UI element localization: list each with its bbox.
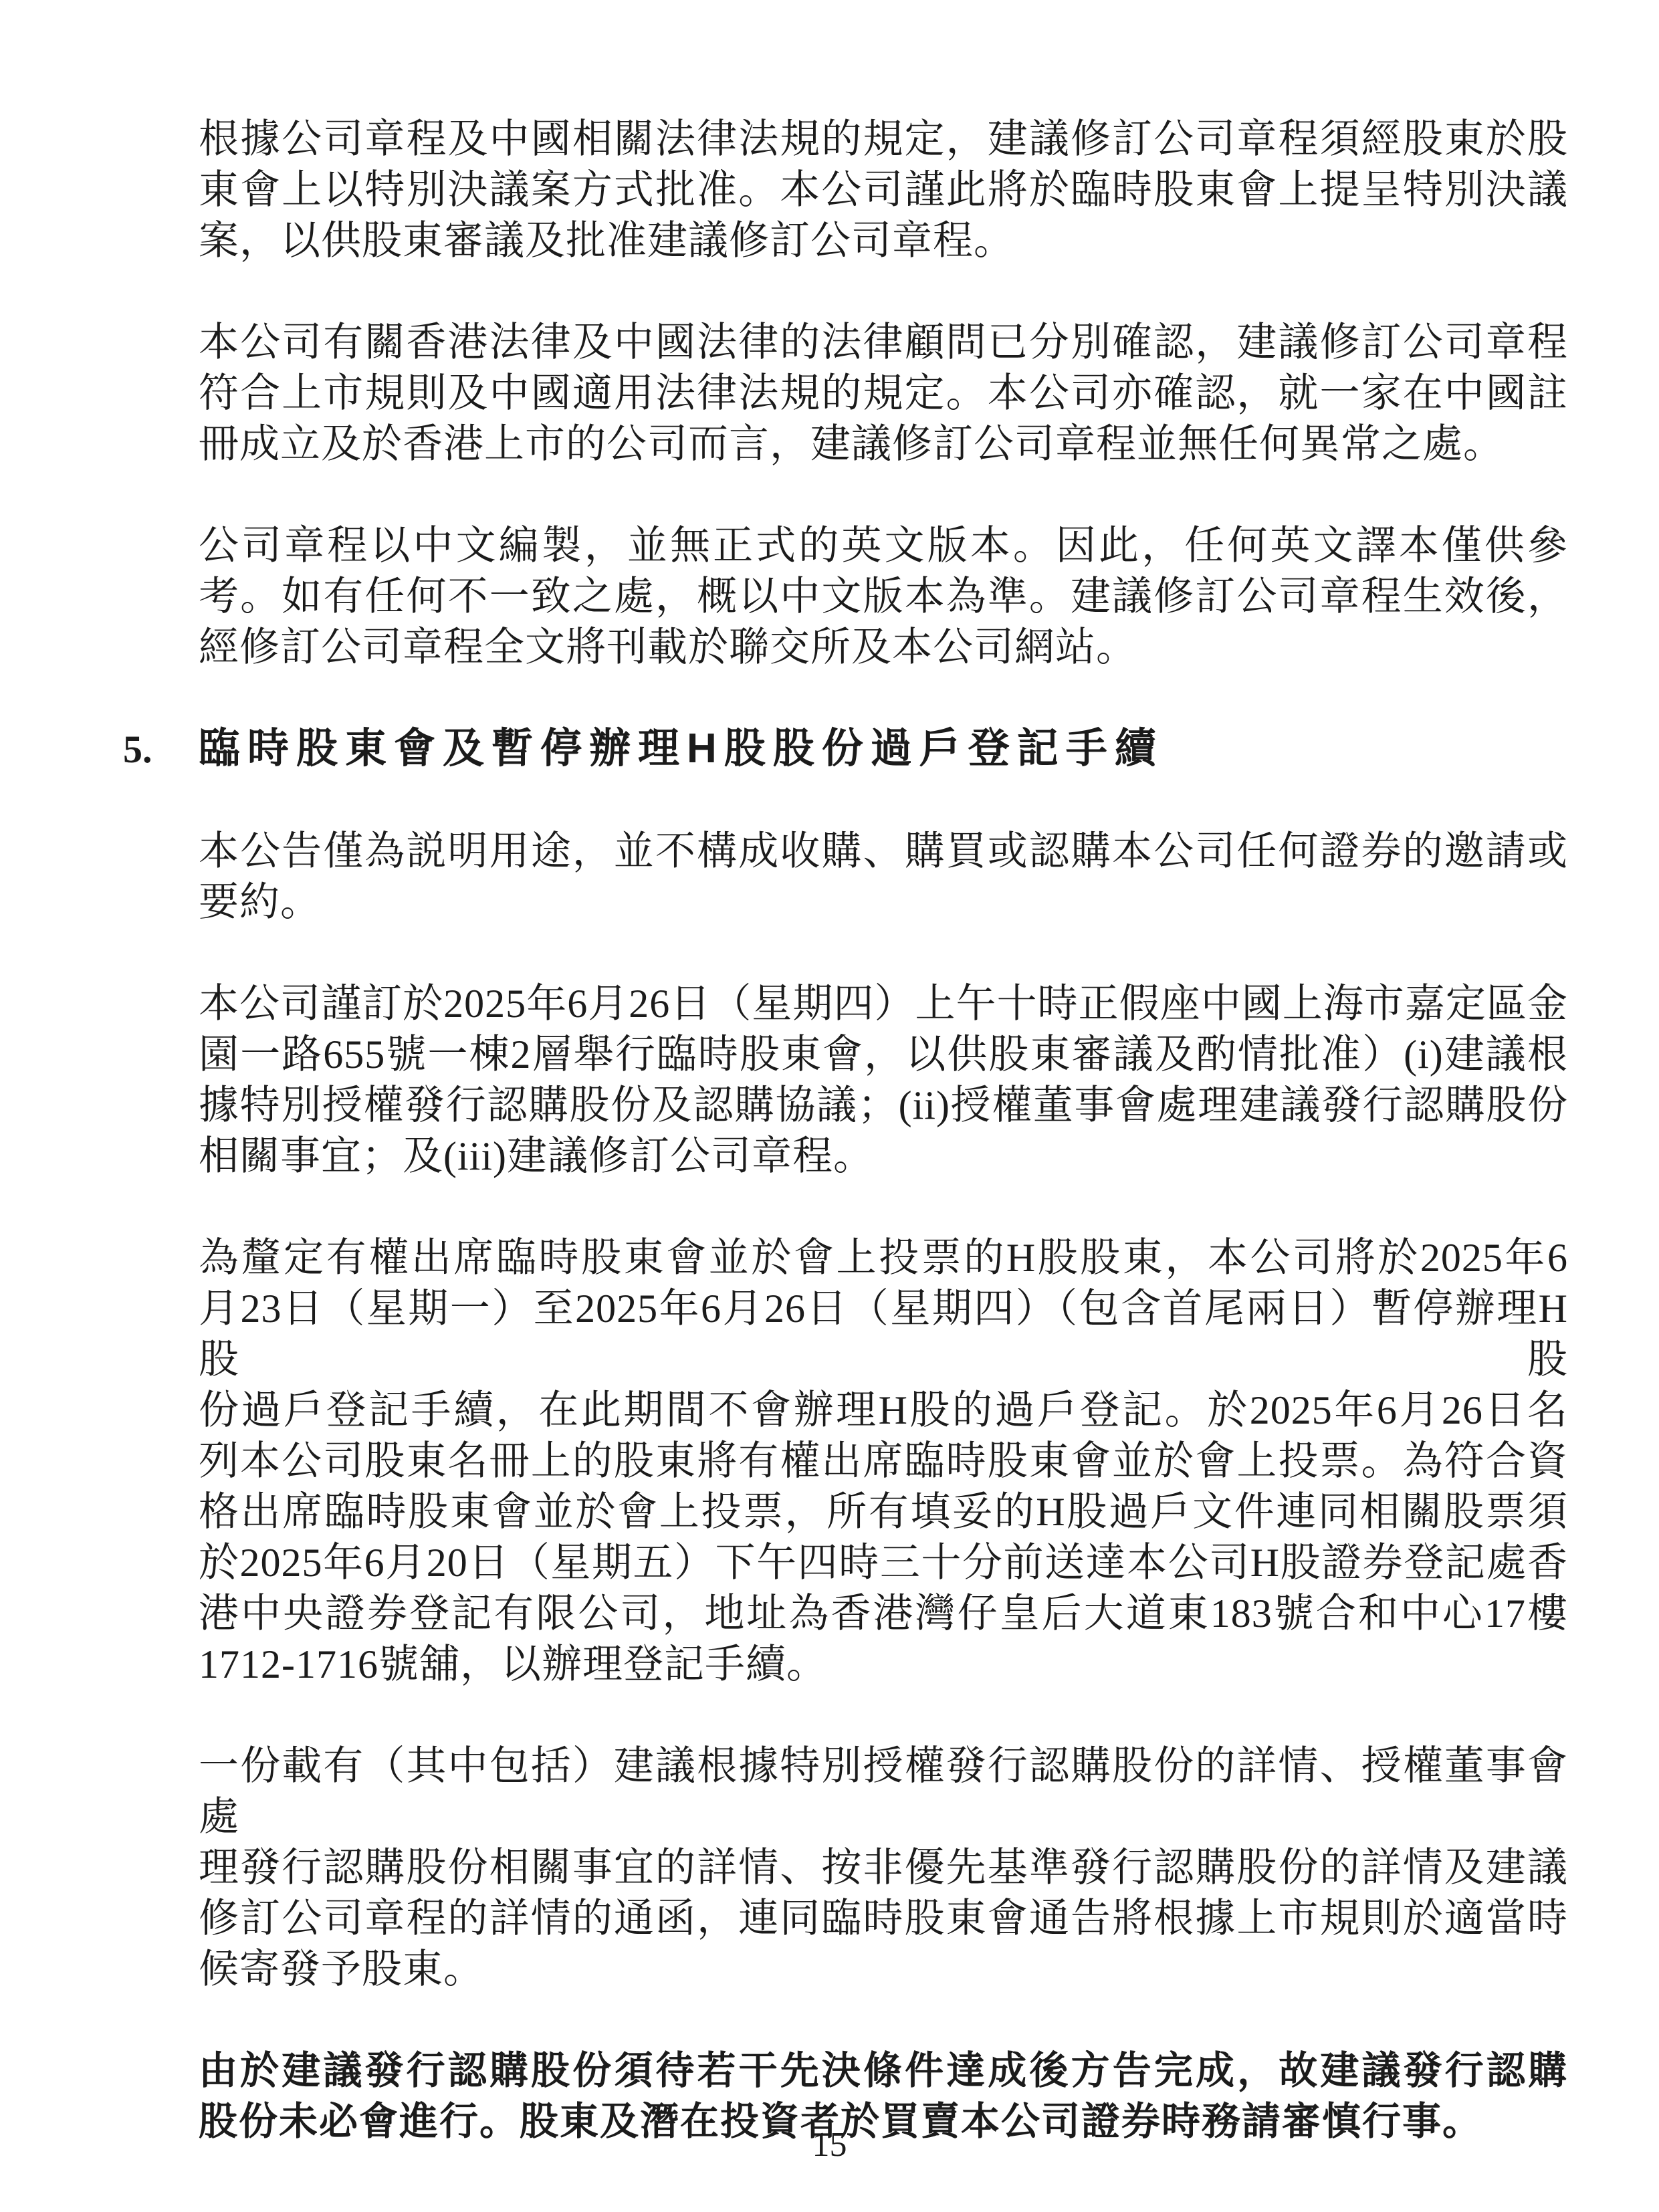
paragraph-line: 列本公司股東名冊上的股東將有權出席臨時股東會並於會上投票。為符合資 bbox=[199, 1436, 1568, 1486]
body-paragraph: 本公告僅為説明用途，並不構成收購、購買或認購本公司任何證券的邀請或要約。 bbox=[199, 826, 1568, 927]
body-paragraph: 根據公司章程及中國相關法律法規的規定，建議修訂公司章程須經股東於股東會上以特別決… bbox=[199, 114, 1568, 266]
paragraph-line: 於2025年6月20日（星期五）下午四時三十分前送達本公司H股證券登記處香 bbox=[199, 1537, 1568, 1588]
paragraph-line: 園一路655號一棟2層舉行臨時股東會，以供股東審議及酌情批准）(i)建議根 bbox=[199, 1029, 1568, 1080]
paragraph-line: 本公告僅為説明用途，並不構成收購、購買或認購本公司任何證券的邀請或 bbox=[199, 826, 1568, 877]
body-paragraph: 本公司謹訂於2025年6月26日（星期四）上午十時正假座中國上海市嘉定區金園一路… bbox=[199, 978, 1568, 1182]
page-number: 15 bbox=[0, 2125, 1659, 2165]
paragraph-line: 公司章程以中文編製，並無正式的英文版本。因此，任何英文譯本僅供參 bbox=[199, 520, 1568, 571]
paragraph-line: 由於建議發行認購股份須待若干先決條件達成後方告完成，故建議發行認購 bbox=[199, 2045, 1568, 2096]
paragraph-line: 份過戶登記手續，在此期間不會辦理H股的過戶登記。於2025年6月26日名 bbox=[199, 1385, 1568, 1436]
paragraph-line: 經修訂公司章程全文將刊載於聯交所及本公司網站。 bbox=[199, 622, 1568, 673]
body-paragraph: 為釐定有權出席臨時股東會並於會上投票的H股股東，本公司將於2025年6月23日（… bbox=[199, 1232, 1568, 1690]
paragraph-line: 本公司謹訂於2025年6月26日（星期四）上午十時正假座中國上海市嘉定區金 bbox=[199, 978, 1568, 1029]
body-paragraph: 本公司有關香港法律及中國法律的法律顧問已分別確認，建議修訂公司章程符合上市規則及… bbox=[199, 317, 1568, 469]
body-paragraph: 一份載有（其中包括）建議根據特別授權發行認購股份的詳情、授權董事會處理發行認購股… bbox=[199, 1741, 1568, 1995]
document-page: 根據公司章程及中國相關法律法規的規定，建議修訂公司章程須經股東於股東會上以特別決… bbox=[0, 0, 1659, 2212]
paragraph-line: 月23日（星期一）至2025年6月26日（星期四）（包含首尾兩日）暫停辦理H股股 bbox=[199, 1283, 1568, 1385]
paragraph-line: 港中央證券登記有限公司，地址為香港灣仔皇后大道東183號合和中心17樓 bbox=[199, 1588, 1568, 1639]
body-paragraph: 公司章程以中文編製，並無正式的英文版本。因此，任何英文譯本僅供參考。如有任何不一… bbox=[199, 520, 1568, 673]
paragraph-line: 1712-1716號舖，以辦理登記手續。 bbox=[199, 1639, 1568, 1690]
paragraph-line: 東會上以特別決議案方式批准。本公司謹此將於臨時股東會上提呈特別決議 bbox=[199, 164, 1568, 215]
paragraph-line: 案，以供股東審議及批准建議修訂公司章程。 bbox=[199, 215, 1568, 266]
paragraph-line: 修訂公司章程的詳情的通函，連同臨時股東會通告將根據上市規則於適當時 bbox=[199, 1893, 1568, 1944]
paragraph-line: 理發行認購股份相關事宜的詳情、按非優先基準發行認購股份的詳情及建議 bbox=[199, 1842, 1568, 1893]
paragraph-line: 冊成立及於香港上市的公司而言，建議修訂公司章程並無任何異常之處。 bbox=[199, 419, 1568, 469]
paragraph-line: 根據公司章程及中國相關法律法規的規定，建議修訂公司章程須經股東於股 bbox=[199, 114, 1568, 164]
paragraph-line: 符合上市規則及中國適用法律法規的規定。本公司亦確認，就一家在中國註 bbox=[199, 368, 1568, 419]
paragraph-line: 候寄發予股東。 bbox=[199, 1944, 1568, 1995]
section-title: 臨時股東會及暫停辦理H股股份過戶登記手續 bbox=[199, 724, 1164, 774]
section-number: 5. bbox=[123, 724, 199, 775]
section-heading: 5.臨時股東會及暫停辦理H股股份過戶登記手續 bbox=[123, 724, 1568, 775]
paragraph-line: 為釐定有權出席臨時股東會並於會上投票的H股股東，本公司將於2025年6 bbox=[199, 1232, 1568, 1283]
paragraph-line: 要約。 bbox=[199, 877, 1568, 927]
paragraph-line: 相關事宜；及(iii)建議修訂公司章程。 bbox=[199, 1131, 1568, 1182]
paragraph-line: 一份載有（其中包括）建議根據特別授權發行認購股份的詳情、授權董事會處 bbox=[199, 1741, 1568, 1842]
document-body: 根據公司章程及中國相關法律法規的規定，建議修訂公司章程須經股東於股東會上以特別決… bbox=[123, 114, 1568, 2198]
paragraph-line: 考。如有任何不一致之處，概以中文版本為準。建議修訂公司章程生效後， bbox=[199, 571, 1568, 622]
paragraph-line: 據特別授權發行認購股份及認購協議；(ii)授權董事會處理建議發行認購股份 bbox=[199, 1080, 1568, 1131]
paragraph-line: 本公司有關香港法律及中國法律的法律顧問已分別確認，建議修訂公司章程 bbox=[199, 317, 1568, 368]
paragraph-line: 格出席臨時股東會並於會上投票，所有填妥的H股過戶文件連同相關股票須 bbox=[199, 1486, 1568, 1537]
